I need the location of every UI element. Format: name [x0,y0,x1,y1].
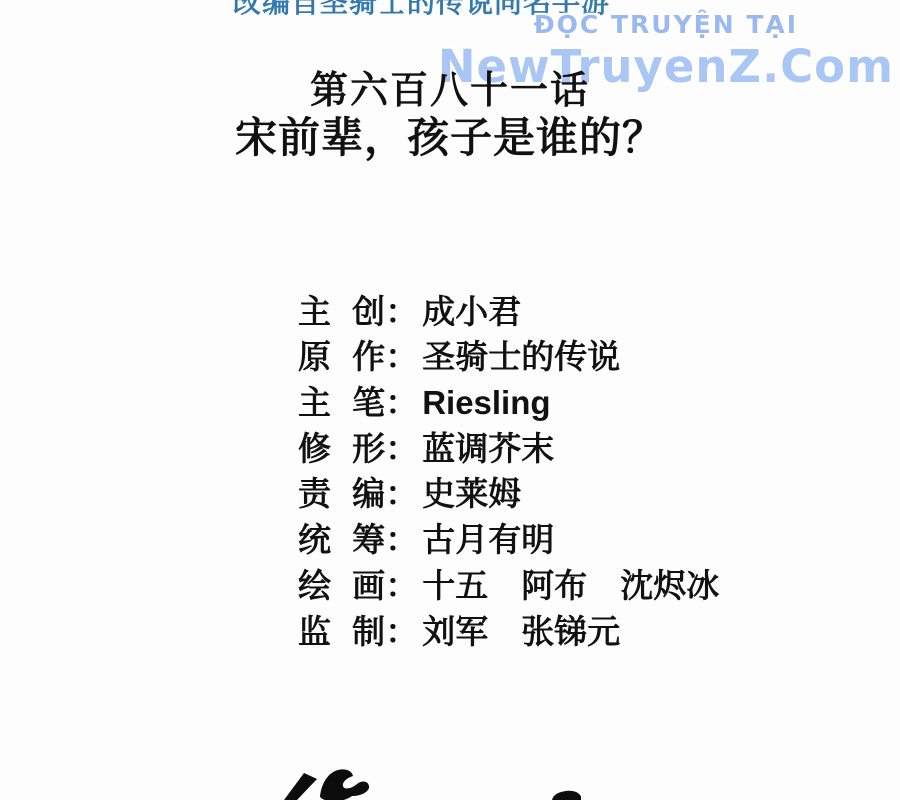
credit-value: 成小君 [422,293,521,330]
credit-value: 刘军 张锑元 [422,613,620,650]
credit-separator: ： [385,293,418,330]
watermark-tagline: ĐỌC TRUYỆN TẠI [438,10,894,39]
credit-label: 修 形 [298,430,385,467]
credit-label: 绘 画 [298,567,385,604]
credit-separator: ： [385,567,418,604]
credit-separator: ： [385,384,418,421]
credit-label: 主 笔 [298,384,385,421]
credit-value: 古月有明 [422,521,554,558]
credit-label: 监 制 [298,613,385,650]
credit-label: 统 筹 [298,521,385,558]
credit-value: 十五 阿布 沈烬冰 [422,567,719,604]
credits-list: 主 创：成小君 原 作：圣骑士的传说 主 笔：Riesling 修 形：蓝调芥末… [243,243,719,609]
credit-row-chief-creator: 主 创：成小君 [243,243,719,289]
credit-separator: ： [385,613,418,650]
chapter-header: 第六百八十一话 宋前辈，孩子是谁的？ [0,68,900,162]
credit-separator: ： [385,338,418,375]
chapter-title: 宋前辈，孩子是谁的？ [0,114,900,162]
chapter-number: 第六百八十一话 [0,68,900,114]
brush-stroke-diagonal [284,773,317,800]
credit-value: 史莱姆 [422,475,521,512]
credit-separator: ： [385,430,418,467]
manga-credits-page: 改编自圣骑士的传说同名手游 ĐỌC TRUYỆN TẠI NewTruyenZ.… [0,0,900,800]
credit-separator: ： [385,475,418,512]
credit-value: Riesling [422,384,550,421]
credit-label: 责 编 [298,475,385,512]
credit-value: 圣骑士的传说 [422,338,620,375]
brush-stroke-hook [320,769,369,800]
credit-separator: ： [385,521,418,558]
credit-label: 原 作 [298,338,385,375]
brush-stroke-tip [552,791,581,800]
credit-label: 主 创 [298,293,385,330]
credit-value: 蓝调芥末 [422,430,554,467]
cutoff-brush-stroke-artwork [0,755,900,800]
